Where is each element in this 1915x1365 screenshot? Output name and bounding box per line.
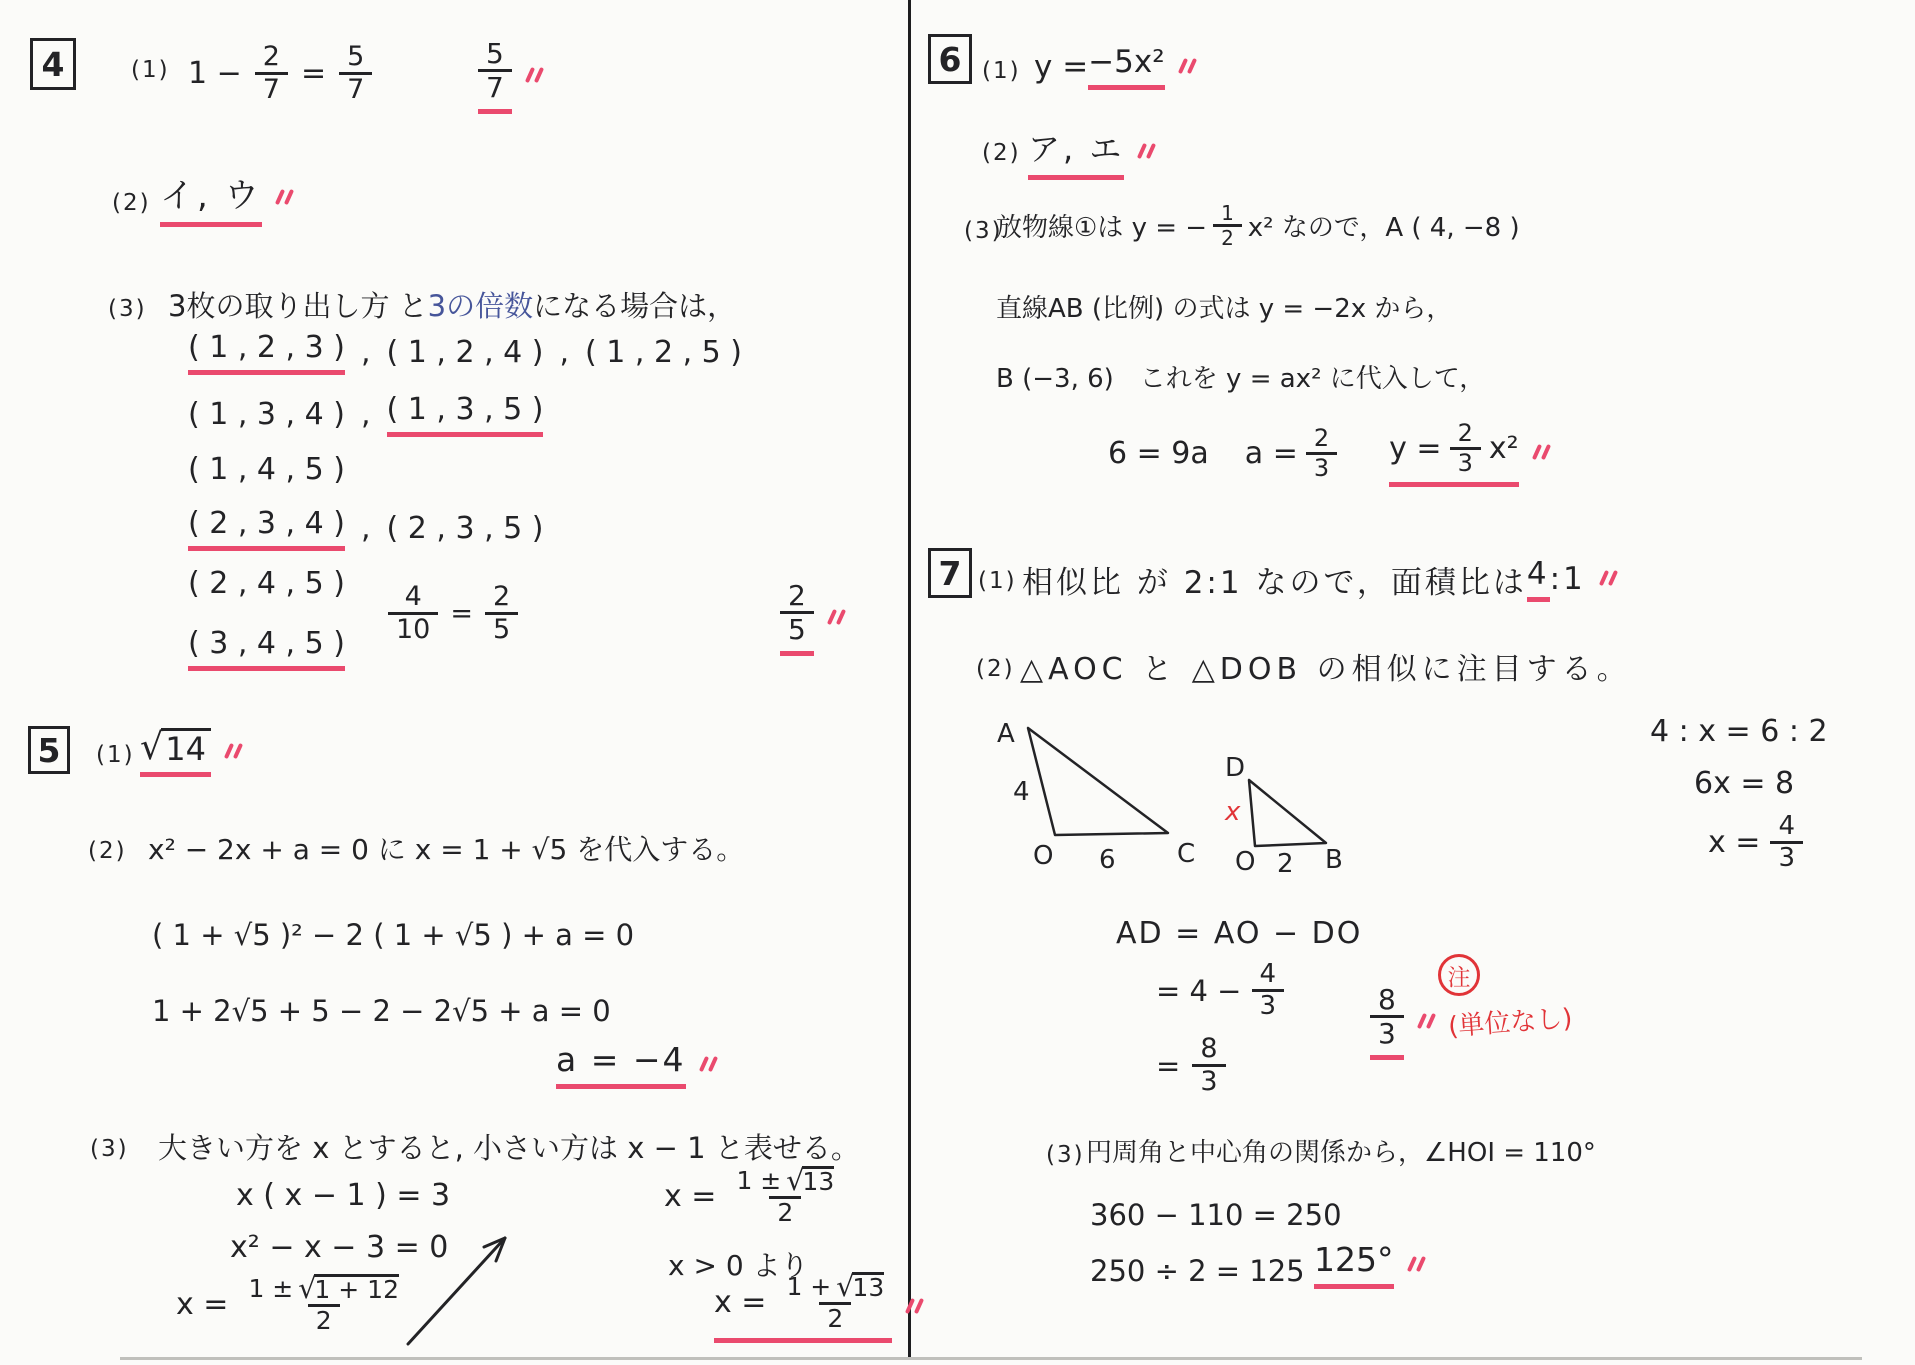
p7-q2-ad1: AD = AO − DO [1116,916,1362,951]
p7-q2-ratio3-frac: 43 [1770,812,1803,873]
p5-q3-label: (3) [90,1136,129,1162]
p4-q1-answer: 57 [478,38,545,114]
frac-den: 2 [1213,224,1242,249]
frac-num: 2 [255,42,288,72]
p4-q2-answer: イ, ウ [160,168,295,227]
p4-q3-tuple-row-4: ( 2 , 3 , 4 ) , ( 2 , 3 , 5 ) [188,506,543,551]
frac-num: 1 [1213,202,1242,224]
tuple-124: ( 1 , 2 , 4 ) [387,335,544,370]
sqrt-radicand: 13 [852,1272,884,1301]
frac-num: 2 [1306,425,1337,452]
p6-q3-line2: 直線AB (比例) の式は y = −2x から， [996,288,1452,325]
p6-q3-a-lhs: a = [1245,436,1298,471]
frac-den: 3 [1450,447,1481,477]
frac-num: 5 [478,38,512,69]
tuple-345: ( 3 , 4 , 5 ) [188,626,345,671]
p4-q3-intro: 3枚の取り出し方 と 3の倍数 になる場合は， [168,284,736,325]
p6-q1-answer: y = −5x² [1034,44,1198,90]
p6-q3-line3: B (−3, 6) これを y = ax² に代入して， [996,358,1485,395]
vertex-label-B: B [1325,845,1343,875]
sqrt-sign: √ [140,728,163,766]
check-icon [1178,57,1198,77]
frac-den: 2 [308,1304,340,1335]
p7-q3-label: (3) [1046,1142,1085,1168]
tuple-235: ( 2 , 3 , 5 ) [387,511,544,546]
p5-q2-eq1: ( 1 + √5 )² − 2 ( 1 + √5 ) + a = 0 [152,918,634,952]
frac-den: 7 [339,72,372,105]
p4-q3-probability-calc: 410 = 25 [388,582,518,645]
p7-q3-eq1: 360 − 110 = 250 [1090,1198,1342,1232]
check-icon [224,742,244,762]
p5-q3-eq3-frac: 1 ±√1 + 12 2 [240,1274,407,1335]
p6-q3-a-frac: 23 [1306,425,1337,482]
sqrt: √13 [836,1272,884,1302]
frac-den: 2 [769,1196,801,1227]
p4-q1-equals: = [301,56,326,91]
p6-q3-answer-lhs: y = [1389,431,1441,466]
check-icon [275,188,295,208]
p7-q1-post: :1 [1550,561,1586,597]
arrow [400,1226,515,1351]
p7-q2-ad2: = 4 − 43 [1156,960,1284,1021]
frac-num: 1 ±√1 + 12 [240,1274,407,1304]
p4-q3-answer-frac: 25 [780,580,814,656]
p4-q1-work: 1 − 27 = 57 [188,42,372,105]
p5-q3-eq3-lhs: x = [176,1287,228,1322]
problem-4-number: 4 [30,38,76,90]
frac-num: 2 [485,582,518,612]
p6-q3-answer: y = 23 x² [1389,420,1519,487]
frac-num: 5 [339,42,372,72]
p5-q2-eq2: 1 + 2√5 + 5 − 2 − 2√5 + a = 0 [152,994,611,1028]
problem-6-number: 6 [928,34,972,84]
frac-num: 2 [780,580,814,611]
frac-num: 4 [397,582,430,612]
check-icon [699,1055,719,1075]
vertex-label-A: A [997,719,1015,749]
frac-den: 3 [1192,1064,1225,1097]
p4-q3-answer: 25 [780,580,847,656]
num-pre: 1 ± [736,1167,781,1195]
p7-q2-label: (2) [976,656,1015,682]
p7-q2-ratio1: 4 : x = 6 : 2 [1650,714,1828,749]
p7-q1-pre: 相似比 が 2:1 なので，面積比は [1022,557,1527,602]
frac-den: 3 [1770,841,1803,873]
sqrt: √13 [786,1166,834,1196]
p6-q1-answer-text: −5x² [1088,44,1164,90]
p4-q3-frac2: 25 [485,582,518,645]
p7-q2-ratio2: 6x = 8 [1694,766,1794,801]
frac-num: 8 [1192,1034,1225,1064]
frac-den: 7 [478,69,512,103]
p7-q2-line: △AOC と △DOB の相似に注目する。 [1020,644,1632,688]
p4-q3-label: (3) [108,296,147,322]
frac-num: 4 [1252,960,1285,989]
problem-7-number: 7 [928,548,972,598]
p7-q2-ratio3: x = 43 [1708,812,1803,873]
frac-den: 5 [780,611,814,645]
check-icon [1532,443,1552,463]
comma: , [361,335,371,370]
p5-q1-label: (1) [96,742,135,768]
frac-den: 3 [1306,452,1337,482]
scan-edge-line [120,1357,1862,1360]
p5-q3-eq4-frac: 1 ±√13 2 [728,1166,842,1227]
p6-q3-line1: 放物線①は y = − 12 x² なので，A ( 4, −8 ) [996,202,1520,250]
side-label-OC: 6 [1099,845,1116,875]
p4-q1-answer-frac: 57 [478,38,512,114]
comma: , [361,397,371,432]
p4-q3-tuple-row-5: ( 2 , 4 , 5 ) [188,566,345,601]
p5-q3-answer: x = 1 +√13 2 [714,1272,925,1343]
p7-q3-line: 円周角と中心角の関係から，∠HOI = 110° [1086,1132,1596,1169]
p4-q3-frac1: 410 [388,582,438,645]
p7-q2-ad3-pre: = [1156,1049,1180,1083]
p7-q2-answer: 83 [1370,984,1437,1060]
frac-den: 7 [255,72,288,105]
side-label-AO: 4 [1013,777,1030,807]
tuple-123: ( 1 , 2 , 3 ) [188,330,345,375]
p4-q3-intro-2: 3の倍数 [428,284,533,325]
p5-q3-setup-line: 大きい方を x とすると, 小さい方は x − 1 と表せる。 [158,1126,860,1167]
p5-q3-answer-lhs: x = [714,1285,766,1320]
tuple-145: ( 1 , 4 , 5 ) [188,452,345,487]
p4-q1-lhs: 1 − [188,56,242,91]
p6-q2-answer: ア, エ [1028,124,1157,180]
p5-q1-answer-sqrt: √14 [140,728,211,777]
check-icon [1137,142,1157,162]
p5-q3-answer-frac: 1 +√13 2 [778,1272,892,1333]
sqrt-radicand: 1 + 12 [314,1274,399,1303]
p6-q2-label: (2) [982,140,1021,166]
sqrt-radicand: 13 [802,1166,834,1195]
vertex-label-O2: O [1235,847,1255,877]
p7-q2-ad3-frac: 83 [1192,1034,1225,1097]
check-icon [1407,1255,1427,1275]
p7-q2-ad2-frac: 43 [1252,960,1285,1021]
frac-den: 3 [1252,989,1285,1021]
triangle-AOC [1028,728,1168,835]
vertex-label-D: D [1225,753,1245,783]
p4-q2-answer-text: イ, ウ [160,168,262,227]
tuple-234: ( 2 , 3 , 4 ) [188,506,345,551]
p4-q3-intro-1: 3枚の取り出し方 と [168,284,428,325]
p5-q1-answer: √14 [140,728,244,777]
sqrt: √1 + 12 [298,1274,399,1304]
similar-triangles-diagram: A 4 O 6 C D x O 2 B [985,692,1375,887]
check-icon [525,66,545,86]
p5-q2-label: (2) [88,838,127,864]
p6-q3-line1-post: x² なので，A ( 4, −8 ) [1248,207,1520,244]
tuple-134: ( 1 , 3 , 4 ) [188,397,345,432]
triangle-DOB [1249,780,1326,846]
side-label-DO-x: x [1224,797,1241,827]
frac-num: 1 ±√13 [728,1166,842,1196]
p6-q2-answer-text: ア, エ [1028,124,1124,180]
p6-q3-6eq9a: 6 = 9a [1108,436,1209,471]
check-icon [1417,1012,1437,1032]
vertex-label-C: C [1177,839,1195,869]
p5-q3-eq4: x = 1 ±√13 2 [664,1166,842,1227]
p7-q3-eq2: 250 ÷ 2 = 125 [1090,1254,1305,1288]
p6-q1-lhs: y = [1034,49,1088,85]
comma: , [361,511,371,546]
grader-note-text: (単位なし) [1447,998,1574,1044]
frac-den: 10 [388,612,438,645]
frac-den: 5 [485,612,518,645]
frac-den: 2 [819,1302,851,1333]
p7-q1-answer-text: 4 [1527,556,1550,602]
p7-q3-answer-text: 125° [1314,1240,1394,1289]
frac-num: 1 +√13 [778,1272,892,1302]
p6-q3-half-frac: 12 [1213,202,1242,250]
frac-num: 4 [1770,812,1803,841]
p6-q3-line4: 6 = 9a a = 23 y = 23 x² [1108,420,1552,487]
vertex-label-O: O [1033,841,1053,871]
tuple-245: ( 2 , 4 , 5 ) [188,566,345,601]
p5-q2-answer-text: a = −4 [556,1040,686,1089]
problem-5-number: 5 [28,726,70,774]
check-icon [905,1297,925,1317]
p5-q3-eq3: x = 1 ±√1 + 12 2 [176,1274,407,1335]
p4-q3-tuple-row-1: ( 1 , 2 , 3 ) , ( 1 , 2 , 4 ) , ( 1 , 2 … [188,330,742,375]
num-pre: 1 ± [248,1275,293,1303]
p5-q3-eq1: x ( x − 1 ) = 3 [236,1178,450,1213]
p7-q2-ad2-pre: = 4 − [1156,974,1242,1008]
p7-q1-line: 相似比 が 2:1 なので，面積比は 4 :1 [1022,556,1619,602]
p6-q3-answer-frac: 23 [1450,420,1481,477]
frac-den: 3 [1370,1015,1404,1049]
p7-q1-label: (1) [978,568,1017,594]
p6-q3-answer-x2: x² [1489,431,1519,466]
p5-q2-setup-line: x² − 2x + a = 0 に x = 1 + √5 を代入する。 [148,828,744,868]
check-icon [1599,569,1619,589]
side-label-OB: 2 [1277,849,1294,879]
comma: , [559,335,569,370]
p5-q3-answer-expr: x = 1 +√13 2 [714,1272,892,1343]
num-pre: 1 + [786,1273,831,1301]
p7-q3-answer: 125° [1314,1240,1427,1289]
p4-q3-tuple-row-2: ( 1 , 3 , 4 ) , ( 1 , 3 , 5 ) [188,392,543,437]
p6-q3-line1-pre: 放物線①は y = − [996,207,1207,244]
p4-q1-frac1: 27 [255,42,288,105]
p6-q1-label: (1) [982,58,1021,84]
p7-q2-ad3: = 83 [1156,1034,1226,1097]
handwritten-answer-sheet: 4 (1) 1 − 27 = 57 57 (2) イ, ウ (3) 3枚の取り出… [0,0,1915,1365]
frac-num: 8 [1370,984,1404,1015]
p4-q1-label: (1) [131,57,170,83]
p5-q2-answer: a = −4 [556,1040,719,1089]
equals: = [450,598,473,629]
p4-q3-tuple-row-6: ( 3 , 4 , 5 ) [188,626,345,671]
p4-q1-frac2: 57 [339,42,372,105]
p7-q2-ratio3-lhs: x = [1708,825,1760,860]
p7-q2-answer-frac: 83 [1370,984,1404,1060]
frac-num: 2 [1450,420,1481,447]
tuple-125: ( 1 , 2 , 5 ) [585,335,742,370]
p4-q2-label: (2) [112,190,151,216]
check-icon [827,608,847,628]
column-divider [908,0,911,1357]
sqrt-radicand: 14 [161,728,211,767]
p4-q3-intro-3: になる場合は， [533,284,736,325]
grader-note-circle: 注 [1438,954,1480,996]
tuple-135: ( 1 , 3 , 5 ) [387,392,544,437]
p4-q3-tuple-row-3: ( 1 , 4 , 5 ) [188,452,345,487]
p5-q3-eq4-lhs: x = [664,1179,716,1214]
